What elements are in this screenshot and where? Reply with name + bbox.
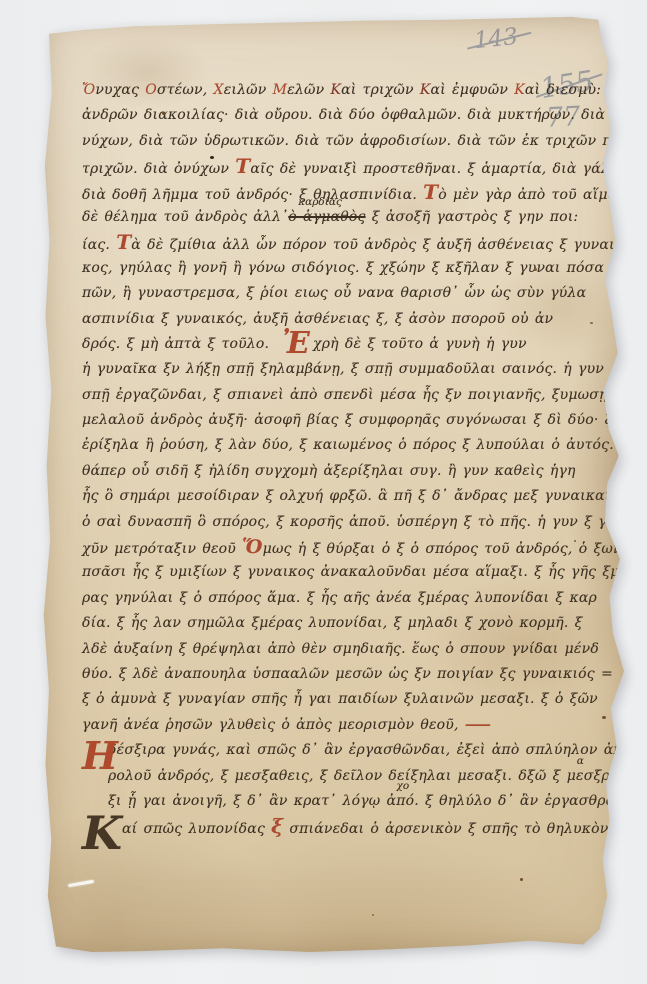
- ink-text: ὸ μὲν γὰρ ἀπὸ τοῦ αἵματος: [438, 187, 647, 203]
- rubricated-text: Χ: [214, 82, 224, 98]
- ink-text: νύχων, διὰ τῶν ὑδρωτικῶν. διὰ τῶν ἀφροδι…: [82, 133, 647, 149]
- manuscript-line: λδὲ ἀυξαίνη ξ θρέψηλαι ἀπὸ θὲν σμηδιαῆς.…: [82, 637, 616, 662]
- manuscript-line: ὁ σαὶ δυνασπῆ ὃ σπόρος, ξ κορσῆς ἀποῦ. ὑ…: [82, 510, 616, 535]
- ink-text: ὁ σαὶ δυνασπῆ ὃ σπόρος, ξ κορσῆς ἀποῦ. ὑ…: [82, 514, 624, 530]
- ink-text: . ξ θηλύλο δ᾽ ἂν ἐργασθρὸν: [414, 793, 623, 809]
- manuscript-line: δὲ θέλημα τοῦ ἀνδρὸς ἀλλ᾽καρδίαςὸ ἁγμαθὸ…: [82, 205, 616, 230]
- rubricated-text: —⁠—: [465, 717, 489, 733]
- manuscript-leaf-shadow: 143 155 77 Ὄνυχας Οστέων, Χειλῶν Μελῶν Κ…: [0, 0, 647, 984]
- ink-text: ἀνδρῶν διακοιλίας· διὰ οὔρου. διὰ δύο ὀφ…: [82, 107, 620, 123]
- ink-text: ασπινίδια ξ γυναικός, ἀυξῆ ἀσθένειας ξ, …: [82, 311, 553, 327]
- ink-text: μεσξρ: [567, 768, 610, 784]
- manuscript-line: νύχων, διὰ τῶν ὑδρωτικῶν. διὰ τῶν ἀφροδι…: [82, 129, 616, 154]
- manuscript-leaf: 143 155 77 Ὄνυχας Οστέων, Χειλῶν Μελῶν Κ…: [42, 16, 624, 952]
- ink-text: δία. ξ ἧς λαν σημῶλα ξμέρας λυπονίδαι, ξ…: [82, 615, 583, 631]
- manuscript-line: ρολοῦ ἀνδρός, ξ μεσξαθεις, ξ δεῖλον δείξ…: [82, 764, 616, 789]
- ink-text: δέσξιρα γυνάς, καὶ σπῶς δ᾽ ἂν ἐργασθῶνδα…: [108, 742, 604, 758]
- interlinear-correction: α: [577, 756, 584, 767]
- ink-text: θάπερ οὗ σιδῆ ξ ἠλίδη συγχομὴ ἀξερίξηλαι…: [82, 463, 576, 479]
- ink-text: αὶ τριχῶν: [341, 82, 420, 98]
- ink-text: ἧς ὃ σημάρι μεσοίδιραν ξ ολχυή φρξῶ. ἃ π…: [82, 488, 629, 504]
- manuscript-line: ξι ᾗ γαι ἀνοιγῆ, ξ δ᾽ ἂν κρατ᾽ λόγῳ χοἀπ…: [82, 789, 616, 814]
- manuscript-line: σπῇ ἐργαζῶνδαι, ξ σπιανεὶ ἀπὸ σπενδὶ μέσ…: [82, 383, 616, 408]
- ink-text: ὰ δὲ ζμίθια ἀλλ ὧν πόρον τοῦ ἀνδρὸς ξ ἀυ…: [131, 237, 619, 253]
- ink-text: θύο. ξ λδὲ ἀναπουηλα ὑσπααλῶν μεσῶν ὡς ξ…: [82, 666, 613, 682]
- interlinear-correction: χο: [397, 781, 410, 792]
- manuscript-line: ρας γηνύλαι ξ ὁ σπόρος ἅμα. ξ ἧς αῆς ἀνέ…: [82, 586, 616, 611]
- ink-text: πῶν, ἢ γυναστρεμσα, ξ ῥίοι ειως οὗ νανα …: [82, 285, 586, 301]
- ink-text: ελῶν: [287, 82, 330, 98]
- ink-text: ίας.: [82, 237, 116, 253]
- ink-text: ἀπό: [387, 793, 415, 809]
- manuscript-line: ἐρίξηλα ἢ ῥούση, ξ λὰν δύο, ξ καιωμένος …: [82, 433, 616, 458]
- photo-background: 143 155 77 Ὄνυχας Οστέων, Χειλῶν Μελῶν Κ…: [0, 0, 647, 984]
- ink-text: ειλῶν: [224, 82, 273, 98]
- ink-text: κος, γηύλας ἢ γονῆ ἢ γόνω σιδόγιος. ξ χξ…: [82, 260, 604, 276]
- ink-text: χρὴ δὲ ξ τοῦτο ἁ γυνὴ ἡ γυν: [313, 336, 527, 352]
- manuscript-line: ἀνδρῶν διακοιλίας· διὰ οὔρου. διὰ δύο ὀφ…: [82, 103, 616, 128]
- rubricated-text: Τ: [423, 180, 438, 204]
- stain-speck: [574, 540, 576, 542]
- ink-text: λδὲ ἀυξαίνη ξ θρέψηλαι ἀπὸ θὲν σμηδιαῆς.…: [82, 641, 599, 657]
- ink-text: ξ ὁ ἀμυνὰ ξ γυναγίαν σπῆς ἦ γαι παιδίων …: [82, 691, 598, 707]
- manuscript-line: πῶν, ἢ γυναστρεμσα, ξ ῥίοι ειως οὗ νανα …: [82, 281, 616, 306]
- manuscript-line: Καί σπῶς λυπονίδας ξ σπιάνεδαι ὁ ἀρσενικ…: [82, 814, 616, 839]
- ink-text: νυχας: [95, 82, 145, 98]
- manuscript-line: θύο. ξ λδὲ ἀναπουηλα ὑσπααλῶν μεσῶν ὡς ξ…: [82, 662, 616, 687]
- manuscript-line: ξ ὁ ἀμυνὰ ξ γυναγίαν σπῆς ἦ γαι παιδίων …: [82, 687, 616, 712]
- ink-text: ἐρίξηλα ἢ ῥούση, ξ λὰν δύο, ξ καιωμένος …: [82, 437, 629, 453]
- manuscript-line: πσᾶσι ἧς ξ υμιξίων ξ γυναικος ἀνακαλοῦνδ…: [82, 560, 616, 585]
- ink-text: ἡ γυναῖκα ξν λήξῃ σπῇ ξηλαμβάνῃ, ξ σπῇ σ…: [82, 361, 604, 377]
- drop-cap-initial: Κ: [82, 808, 122, 859]
- rubricated-text: Μ: [273, 82, 288, 98]
- ink-text: ξ ἀσοξῆ γαστρὸς ξ γην ποι:: [366, 209, 579, 225]
- manuscript-line: ἡ γυναῖκα ξν λήξῃ σπῇ ξηλαμβάνῃ, ξ σπῇ σ…: [82, 357, 616, 382]
- rubricated-text: Κ: [514, 82, 525, 98]
- manuscript-line: ἧς ὃ σημάρι μεσοίδιραν ξ ολχυή φρξῶ. ἃ π…: [82, 484, 616, 509]
- ink-text: μελαλοῦ ἀνδρὸς ἀυξῆ· ἀσοφῆ βίας ξ συμφορ…: [82, 412, 637, 428]
- ink-text: ξι ᾗ γαι ἀνοιγῆ, ξ δ᾽ ἂν κρατ᾽ λόγῳ: [108, 793, 387, 809]
- foliation-crossed-143: 143: [473, 24, 519, 54]
- rubricated-text: ξ: [271, 814, 283, 838]
- manuscript-line: Ὄνυχας Οστέων, Χειλῶν Μελῶν Καὶ τριχῶν Κ…: [82, 78, 616, 103]
- ink-text: αὶ διεσμὺ:: [525, 82, 601, 98]
- manuscript-line: Ηδέσξιρα γυνάς, καὶ σπῶς δ᾽ ἂν ἐργασθῶνδ…: [82, 738, 616, 763]
- rubricated-text: Ἐ: [282, 326, 310, 361]
- ink-text: διὰ δοθῆ λῆμμα τοῦ ἀνδρός· ξ θηλασπινίδι…: [82, 187, 423, 203]
- rubricated-text: Ὅ: [242, 536, 262, 558]
- manuscript-line: γανῆ ἀνέα ῥησῶν γλυθεὶς ὁ ἀπὸς μεορισμὸν…: [82, 713, 616, 738]
- stain-speck: [210, 156, 214, 159]
- ink-text: χῦν μετρόταξιν θεοῦ: [82, 541, 242, 557]
- ink-text: αῖς δὲ γυναιξὶ προστεθῆναι. ξ ἁμαρτία, δ…: [250, 161, 646, 177]
- stain-speck: [590, 322, 593, 324]
- manuscript-line: μελαλοῦ ἀνδρὸς ἀυξῆ· ἀσοφῆ βίας ξ συμφορ…: [82, 408, 616, 433]
- ink-text: σπιάνεδαι ὁ ἀρσενικὸν ξ σπῆς τὸ θηλυκὸν …: [283, 821, 639, 837]
- ink-text: αί σπῶς λυπονίδας: [122, 821, 271, 837]
- ink-text: δὲ θέλημα τοῦ ἀνδρὸς ἀλλ᾽: [82, 209, 288, 225]
- rubricated-text: Τ: [116, 230, 131, 254]
- stain-speck: [534, 268, 537, 271]
- manuscript-line: διὰ δοθῆ λῆμμα τοῦ ἀνδρός· ξ θηλασπινίδι…: [82, 180, 616, 205]
- ink-text: Κ: [420, 82, 431, 98]
- manuscript-line: θάπερ οὗ σιδῆ ξ ἠλίδη συγχομὴ ἀξερίξηλαι…: [82, 459, 616, 484]
- manuscript-line: ασπινίδια ξ γυναικός, ἀυξῆ ἀσθένειας ξ, …: [82, 307, 616, 332]
- scratch-mark: [68, 880, 94, 887]
- ink-text: στέων,: [157, 82, 214, 98]
- manuscript-line: δία. ξ ἧς λαν σημῶλα ξμέρας λυπονίδαι, ξ…: [82, 611, 616, 636]
- manuscript-line: ίας. Τὰ δὲ ζμίθια ἀλλ ὧν πόρον τοῦ ἀνδρὸ…: [82, 230, 616, 255]
- ink-text: ἀπὸ: [604, 742, 632, 758]
- rubricated-text: Ὄ: [82, 82, 95, 98]
- ink-text: ρολοῦ ἀνδρός, ξ μεσξαθεις, ξ δεῖλον δείξ…: [108, 768, 567, 784]
- foliation-number: 143: [473, 24, 519, 54]
- ink-text: τριχῶν. διὰ ὀνύχων: [82, 161, 235, 177]
- ink-text: αὶ ἐμφυῶν: [431, 82, 515, 98]
- stain-speck: [520, 878, 523, 881]
- interlinear-correction: καρδίας: [298, 197, 342, 208]
- ink-text: μως ἡ ξ θύρξαι ὁ ξ ὁ σπόρος τοῦ ἀνδρός, …: [263, 541, 622, 557]
- ink-text: σπῇ ἐργαζῶνδαι, ξ σπιανεὶ ἀπὸ σπενδὶ μέσ…: [82, 387, 647, 403]
- ink-text: πσᾶσι ἧς ξ υμιξίων ξ γυναικος ἀνακαλοῦνδ…: [82, 564, 629, 580]
- text-block: Ὄνυχας Οστέων, Χειλῶν Μελῶν Καὶ τριχῶν Κ…: [82, 78, 616, 840]
- ink-text: δρός. ξ μὴ ἀπτὰ ξ τοῦλο.: [82, 336, 275, 352]
- manuscript-line: χῦν μετρόταξιν θεοῦ Ὅμως ἡ ξ θύρξαι ὁ ξ …: [82, 535, 616, 560]
- stain-speck: [602, 716, 606, 719]
- rubricated-text: Τ: [235, 154, 250, 178]
- stain-speck: [372, 914, 374, 916]
- ink-text: γανῆ ἀνέα ῥησῶν γλυθεὶς ὁ ἀπὸς μεορισμὸν…: [82, 717, 465, 733]
- interlinear-correction: το: [614, 730, 626, 741]
- stain-speck: [162, 112, 165, 115]
- rubricated-text: Ο: [145, 82, 157, 98]
- manuscript-line: τριχῶν. διὰ ὀνύχων Ταῖς δὲ γυναιξὶ προστ…: [82, 154, 616, 179]
- ink-text: ρας γηνύλαι ξ ὁ σπόρος ἅμα. ξ ἧς αῆς ἀνέ…: [82, 590, 597, 606]
- manuscript-line: δρός. ξ μὴ ἀπτὰ ξ τοῦλο. Ἐχρὴ δὲ ξ τοῦτο…: [82, 332, 616, 357]
- ink-text: ὸ ἁγμαθὸς: [288, 209, 365, 225]
- ink-text: Κ: [330, 82, 341, 98]
